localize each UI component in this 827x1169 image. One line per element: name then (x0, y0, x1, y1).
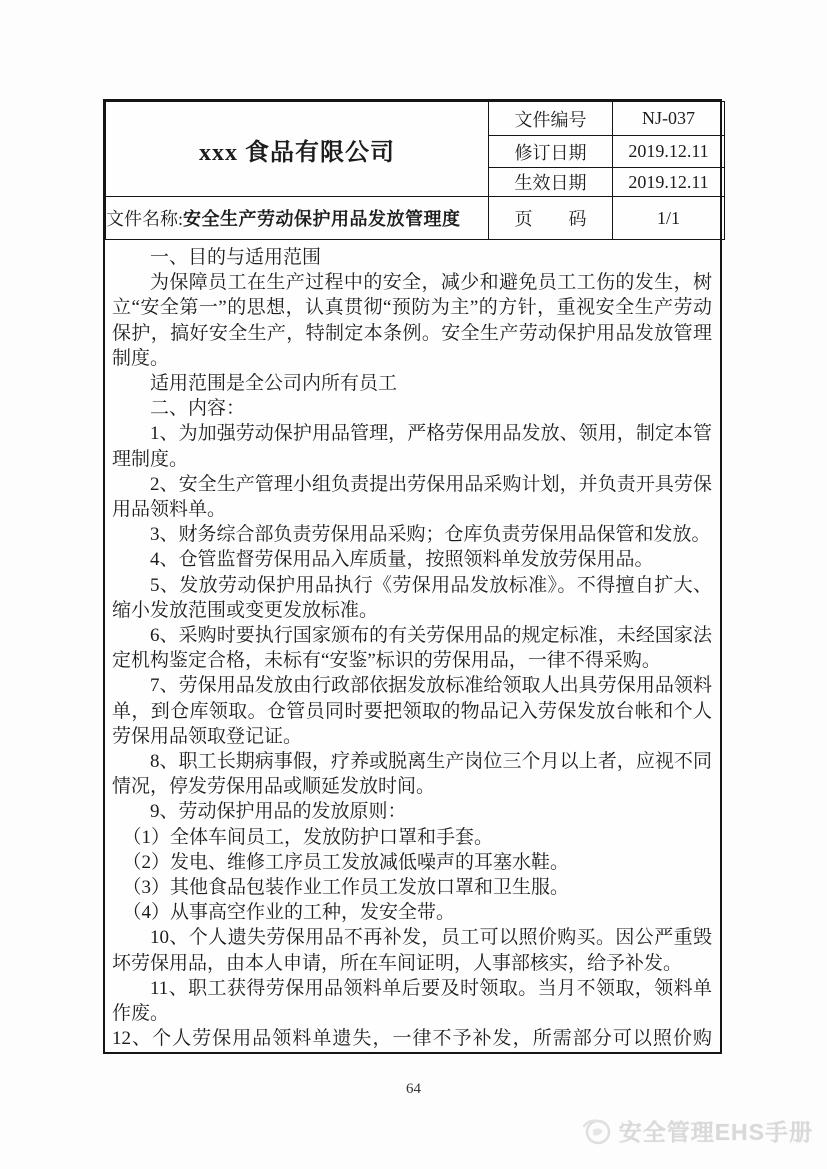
body-paragraph: 3、财务综合部负责劳保用品采购；仓库负责劳保用品保管和发放。 (112, 522, 712, 547)
body-paragraph: （3）其他食品包装作业工作员工发放口罩和卫生服。 (112, 875, 712, 900)
company-name: xxx 食品有限公司 (106, 102, 489, 197)
body-paragraph: 5、发放劳动保护用品执行《劳保用品发放标准》。不得擅自扩大、缩小发放范围或变更发… (112, 573, 712, 623)
body-paragraph: 为保障员工在生产过程中的安全，减少和避免员工工伤的发生，树立“安全第一”的思想，… (112, 270, 712, 371)
document-body: 一、目的与适用范围为保障员工在生产过程中的安全，减少和避免员工工伤的发生，树立“… (105, 240, 720, 1052)
document-title-label: 文件名称: (106, 209, 183, 229)
body-paragraph: 9、劳动保护用品的发放原则： (112, 799, 712, 824)
field-value-doc-number: NJ-037 (613, 102, 725, 136)
field-value-page: 1/1 (613, 197, 725, 240)
body-paragraph: （2）发电、维修工序员工发放减低噪声的耳塞水鞋。 (112, 850, 712, 875)
ehs-logo-icon (581, 1116, 613, 1146)
field-label-page: 页 码 (489, 197, 613, 240)
body-paragraph: 7、劳保用品发放由行政部依据发放标准给领取人出具劳保用品领料单，到仓库领取。仓管… (112, 673, 712, 749)
field-label-revision-date: 修订日期 (489, 136, 613, 168)
document-title-cell: 文件名称:安全生产劳动保护用品发放管理度 (106, 197, 489, 240)
body-paragraph: 适用范围是全公司内所有员工 (112, 371, 712, 396)
body-paragraph: 6、采购时要执行国家颁布的有关劳保用品的规定标准，未经国家法定机构鉴定合格，未标… (112, 623, 712, 673)
document-title: 安全生产劳动保护用品发放管理度 (183, 209, 461, 229)
body-paragraph: （1）全体车间员工，发放防护口罩和手套。 (112, 825, 712, 850)
body-paragraph: 1、为加强劳动保护用品管理，严格劳保用品发放、领用，制定本管理制度。 (112, 421, 712, 471)
body-paragraph: 11、职工获得劳保用品领料单后要及时领取。当月不领取，领料单作废。 (112, 976, 712, 1026)
field-value-revision-date: 2019.12.11 (613, 136, 725, 168)
field-label-effective-date: 生效日期 (489, 168, 613, 197)
page: xxx 食品有限公司 文件编号 NJ-037 修订日期 2019.12.11 生… (0, 0, 827, 1169)
body-paragraph: 一、目的与适用范围 (112, 245, 712, 270)
body-paragraph: 12、个人劳保用品领料单遗失，一律不予补发，所需部分可以照价购买。 (112, 1026, 712, 1052)
document-header-table: xxx 食品有限公司 文件编号 NJ-037 修订日期 2019.12.11 生… (105, 101, 725, 240)
body-paragraph: （4）从事高空作业的工种，发安全带。 (112, 900, 712, 925)
field-label-doc-number: 文件编号 (489, 102, 613, 136)
body-paragraph: 10、个人遗失劳保用品不再补发，员工可以照价购买。因公严重毁坏劳保用品，由本人申… (112, 925, 712, 975)
field-value-effective-date: 2019.12.11 (613, 168, 725, 197)
watermark: 安全管理EHS手册 (581, 1114, 813, 1147)
document: xxx 食品有限公司 文件编号 NJ-037 修订日期 2019.12.11 生… (103, 99, 722, 1054)
body-paragraph: 2、安全生产管理小组负责提出劳保用品采购计划，并负责开具劳保用品领料单。 (112, 472, 712, 522)
watermark-text: 安全管理EHS手册 (619, 1114, 813, 1147)
body-paragraph: 8、职工长期病事假，疗养或脱离生产岗位三个月以上者，应视不同情况，停发劳保用品或… (112, 749, 712, 799)
body-paragraph: 4、仓管监督劳保用品入库质量，按照领料单发放劳保用品。 (112, 547, 712, 572)
body-paragraph: 二、内容： (112, 396, 712, 421)
page-number: 64 (0, 1081, 827, 1098)
